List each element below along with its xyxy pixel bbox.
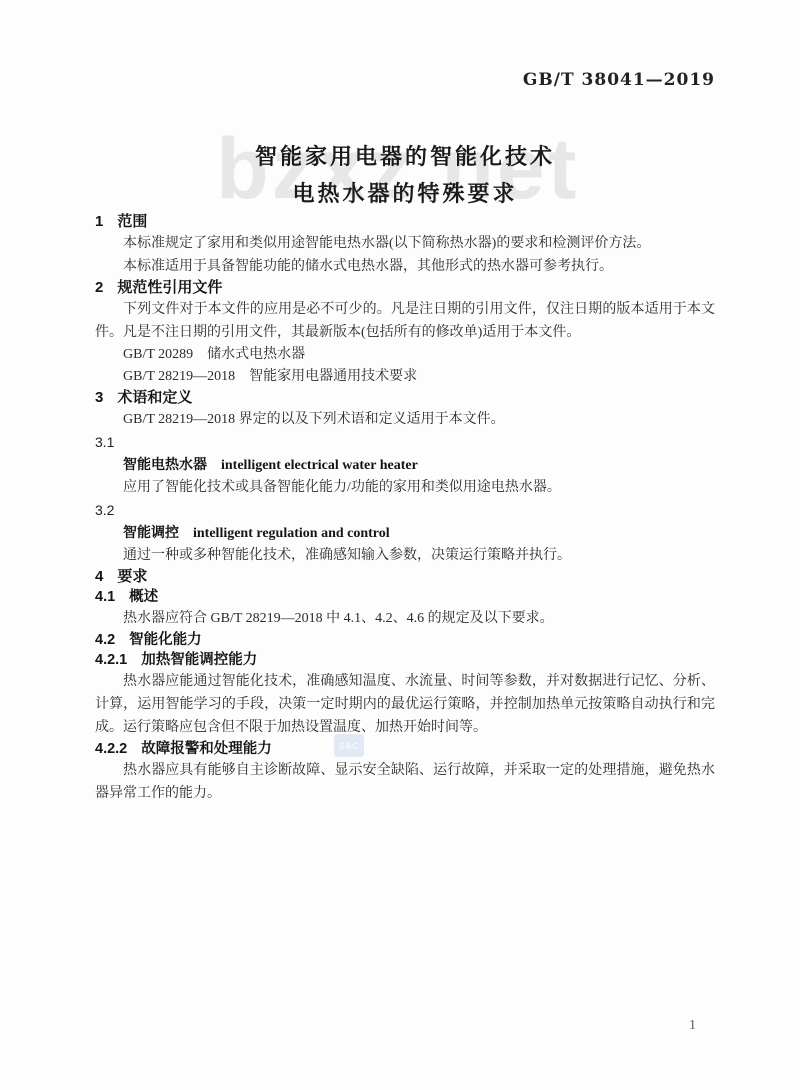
standard-document-page: GB/T 38041—2019 bzxz.net 智能家用电器的智能化技术电热水…	[0, 0, 800, 1090]
term-1-definition: 应用了智能化技术或具备智能化能力/功能的家用和类似用途电热水器。	[95, 477, 715, 499]
section-4-title: 要求	[117, 568, 147, 585]
term-1-line: 智能电热水器intelligent electrical water heate…	[95, 453, 715, 477]
section-1-paragraph-1: 本标准规定了家用和类似用途智能电热水器(以下简称热水器)的要求和检测评价方法。	[95, 232, 715, 255]
section-3-title: 术语和定义	[117, 389, 192, 406]
term-2-clause-number: 3.2	[95, 499, 715, 521]
section-4-2-number: 4.2	[95, 630, 115, 650]
section-2-paragraph-1: 下列文件对于本文件的应用是必不可少的。凡是注日期的引用文件，仅注日期的版本适用于…	[95, 298, 715, 344]
document-title-line2: 电热水器的特殊要求	[292, 181, 517, 206]
section-1-title: 范围	[117, 213, 147, 230]
section-4-2-1-title: 加热智能调控能力	[141, 652, 257, 668]
page-number: 1	[689, 1018, 696, 1034]
section-4-2-1-paragraph: 热水器应能通过智能化技术，准确感知温度、水流量、时间等参数，并对数据进行记忆、分…	[95, 670, 715, 739]
section-4-2-1-number: 4.2.1	[95, 650, 127, 670]
section-1-paragraph-2: 本标准适用于具备智能功能的储水式电热水器，其他形式的热水器可参考执行。	[95, 255, 715, 278]
normative-reference-1: GB/T 20289 储水式电热水器	[95, 344, 715, 366]
section-4-2-2-paragraph: 热水器应具有能够自主诊断故障、显示安全缺陷、运行故障，并采取一定的处理措施，避免…	[95, 759, 715, 805]
section-4-2-2-title: 故障报警和处理能力	[141, 741, 272, 757]
document-body: 1范围 本标准规定了家用和类似用途智能电热水器(以下简称热水器)的要求和检测评价…	[95, 212, 715, 805]
term-2-line: 智能调控intelligent regulation and control	[95, 521, 715, 545]
section-3-paragraph-1: GB/T 28219—2018 界定的以及下列术语和定义适用于本文件。	[95, 408, 715, 431]
section-3-number: 3	[95, 388, 103, 408]
section-4-2-title: 智能化能力	[129, 632, 202, 648]
section-1-number: 1	[95, 212, 103, 232]
section-2-number: 2	[95, 278, 103, 298]
term-1-chinese: 智能电热水器	[123, 456, 207, 472]
term-2-chinese: 智能调控	[123, 524, 179, 540]
document-title-line1: 智能家用电器的智能化技术	[255, 144, 555, 169]
normative-reference-2: GB/T 28219—2018 智能家用电器通用技术要求	[95, 366, 715, 388]
section-4-1-heading: 4.1概述	[95, 587, 715, 607]
standard-code: GB/T 38041—2019	[95, 70, 715, 90]
section-4-heading: 4要求	[95, 567, 715, 587]
term-1-clause-number: 3.1	[95, 431, 715, 453]
section-4-number: 4	[95, 567, 103, 587]
section-4-2-2-heading: 4.2.2故障报警和处理能力	[95, 739, 715, 759]
section-4-1-title: 概述	[129, 589, 158, 605]
section-2-title: 规范性引用文件	[117, 279, 222, 296]
section-3-heading: 3术语和定义	[95, 388, 715, 408]
document-title: 智能家用电器的智能化技术电热水器的特殊要求	[95, 138, 715, 212]
term-2-english: intelligent regulation and control	[193, 526, 390, 541]
section-4-2-heading: 4.2智能化能力	[95, 630, 715, 650]
section-4-1-number: 4.1	[95, 587, 115, 607]
section-4-2-1-heading: 4.2.1加热智能调控能力	[95, 650, 715, 670]
section-2-heading: 2规范性引用文件	[95, 278, 715, 298]
section-4-1-paragraph: 热水器应符合 GB/T 28219—2018 中 4.1、4.2、4.6 的规定…	[95, 607, 715, 630]
term-1-english: intelligent electrical water heater	[221, 458, 418, 473]
term-2-definition: 通过一种或多种智能化技术，准确感知输入参数，决策运行策略并执行。	[95, 545, 715, 567]
title-block: bzxz.net 智能家用电器的智能化技术电热水器的特殊要求	[95, 138, 715, 212]
section-1-heading: 1范围	[95, 212, 715, 232]
section-4-2-2-number: 4.2.2	[95, 739, 127, 759]
